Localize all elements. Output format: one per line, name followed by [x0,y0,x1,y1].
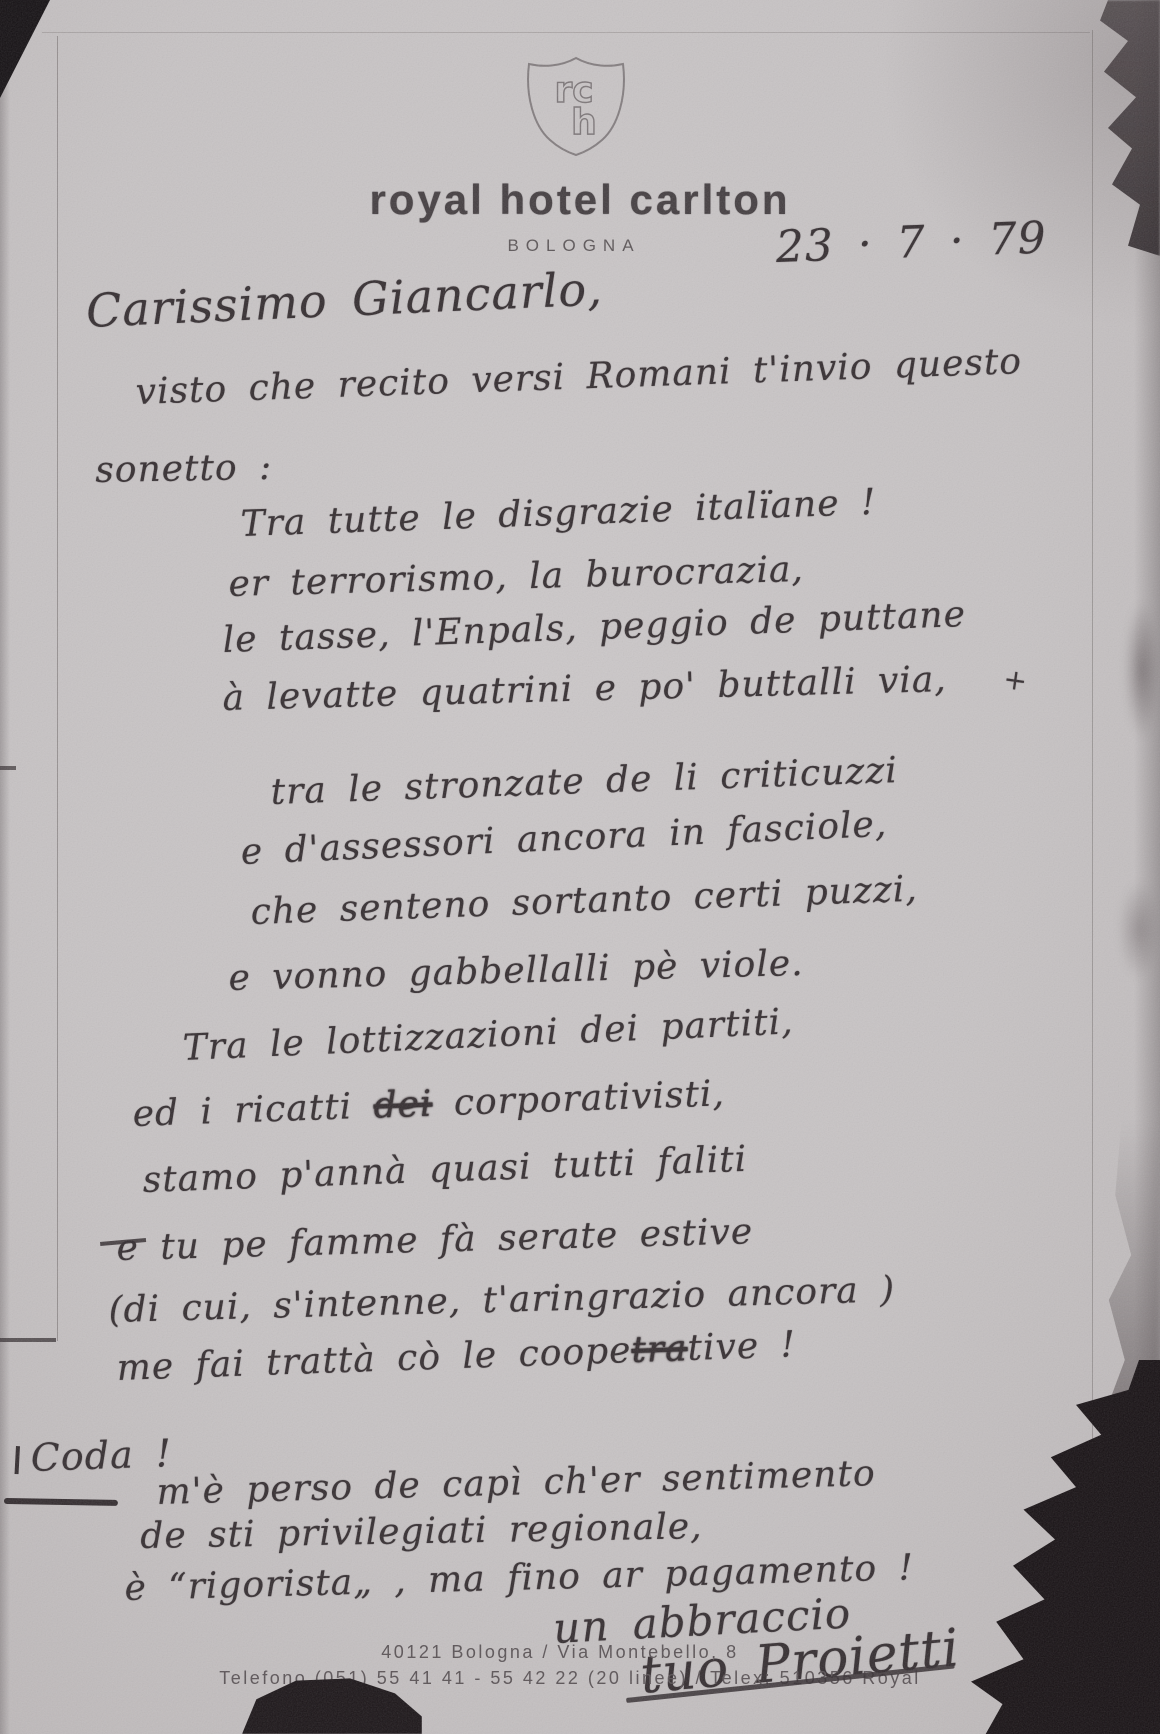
struck-word: dei [373,1084,433,1127]
logo-letters-bottom: h [571,102,597,143]
poem-line-9: Tra le lottizzazioni dei partiti, [182,1001,794,1069]
poem-line-7: che senteno sortanto certi puzzi, [250,869,918,933]
poem-line-6: e d'assessori ancora in fasciole, [240,804,888,873]
ricatti-before: ed i ricatti [132,1086,374,1135]
hotel-shield-logo: rc h [522,54,630,158]
coda-label: Coda ! [30,1431,173,1480]
poem-line-2: er terrorismo, la burocrazia, [228,549,804,605]
poem-line-11: stamo p'annà quasi tutti faliti [142,1139,748,1201]
torn-corner-bottom-right [950,1360,1160,1734]
coda-line-1: m'è perso de capì ch'er sentimento [156,1453,876,1513]
poem-line-5: tra le stronzate de li criticuzzi [270,750,898,813]
poem-line-1: Tra tutte le disgrazie italïane ! [240,482,877,545]
smudge-right-upper [1124,600,1160,740]
struck-word-2: tra [631,1328,689,1371]
top-right-shadow [880,0,1160,330]
poem-line-10: ed i ricatti dei corporativisti, [132,1073,726,1135]
page-edge-line-left [57,36,58,1341]
edge-shade-left [0,0,10,1734]
poem-line-4: à levatte quatrini e po' buttalli via, [222,659,947,719]
letter-page: rc h royal hotel carlton BOLOGNA 23 · 7 … [0,0,1160,1734]
intro-line-2: sonetto : [95,447,273,491]
smudge-right-mid [1118,880,1160,980]
intro-line: visto che recito versi Romani t'invio qu… [135,341,1023,413]
cooperative-before: me fai trattà cò le coope [116,1330,632,1389]
page-edge-line-top [42,32,1090,33]
coda-underline [4,1498,118,1506]
torn-corner-top-left [0,0,50,98]
coda-line-2: de sti privilegiati regionale, [140,1506,703,1557]
ricatti-after: corporativisti, [432,1073,726,1124]
footer-address: 40121 Bologna / Via Montebello, 8 [260,1642,860,1663]
poem-line-13: (di cui, s'intenne, t'aringrazio ancora … [108,1269,896,1331]
margin-tick-upper [0,766,16,770]
page-edge-line-right [1092,30,1093,1630]
margin-tick-lower [0,1338,56,1342]
poem-line-12: e tu pe famme fà serate estive [116,1211,754,1269]
coda-exclaim-mark [15,1446,20,1474]
poem-line-3: le tasse, l'Enpals, peggio de puttane [222,594,967,661]
date: 23 · 7 · 79 [775,213,1048,273]
poem-line-8: e vonno gabbellalli pè viole. [228,943,804,999]
salutation: Carissimo Giancarlo, [85,261,604,337]
cooperative-after: tive ! [687,1324,797,1369]
plus-mark: + [1001,662,1030,698]
poem-line-14: me fai trattà cò le coopetrative ! [116,1324,797,1389]
